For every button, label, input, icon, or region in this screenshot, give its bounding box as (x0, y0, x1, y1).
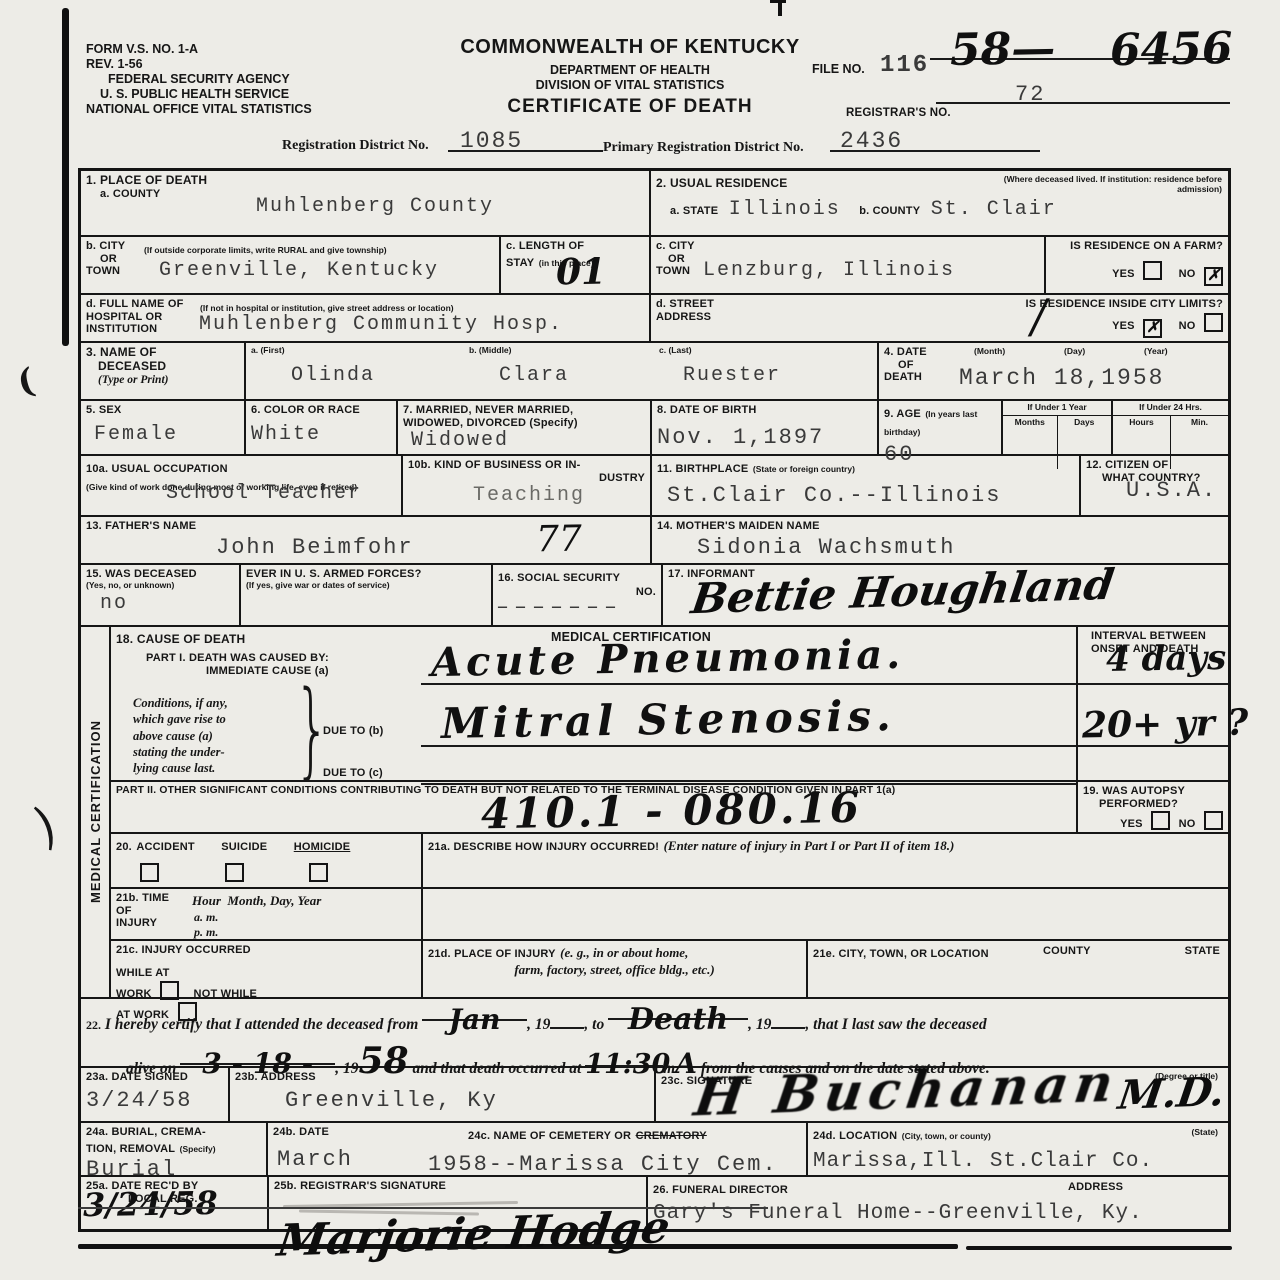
hospital-value: Muhlenberg Community Hosp. (199, 313, 563, 336)
middle-name-label: b. (Middle) (469, 346, 649, 356)
field-interval-onset-death: INTERVAL BETWEEN ONSET AND DEATH 4 days … (1078, 627, 1228, 780)
date-received-value: 3/24/58 (83, 1184, 218, 1224)
accident-label: ACCIDENT (136, 841, 194, 853)
field-usual-occupation: 10a. USUAL OCCUPATION (Give kind of work… (81, 456, 403, 515)
field-street-address: d. STREET ADDRESS IS RESIDENCE INSIDE CI… (651, 295, 1228, 341)
am-label: a. m. (194, 910, 416, 925)
not-while-at-work-label: NOT WHILE (194, 988, 258, 1000)
top-edge-mark2 (770, 0, 786, 3)
autopsy-no-checkbox (1204, 811, 1223, 830)
location-note-2: (State) (1192, 1128, 1218, 1138)
name-label-2: DECEASED (98, 360, 239, 374)
burial-note: (Specify) (180, 1144, 216, 1154)
dod-label-1: 4. DATE (884, 346, 927, 358)
agency-line-2: U. S. PUBLIC HEALTH SERVICE (100, 87, 312, 102)
residence-state-value: Illinois (729, 198, 841, 221)
field-under-24-hrs: If Under 24 Hrs. Hours Min. (1113, 401, 1228, 454)
farm-yes-checkbox (1143, 261, 1162, 280)
field-describe-injury: 21a. DESCRIBE HOW INJURY OCCURRED! (Ente… (423, 834, 1228, 887)
street-address-mark: ∕ (1031, 289, 1047, 343)
location-value: Marissa,Ill. St.Clair Co. (813, 1150, 1223, 1173)
limits-yes-checkbox: ✗ (1143, 319, 1162, 338)
armed-forces-note: (If yes, give war or dates of service) (246, 581, 486, 591)
dod-day-label: (Day) (1064, 347, 1085, 357)
ssn-value: — — — — — — — (498, 599, 656, 616)
farm-no-checkbox: ✗ (1204, 267, 1223, 286)
cemetery-value: 1958--Marissa City Cem. (428, 1152, 801, 1177)
mother-value: Sidonia Wachsmuth (697, 535, 1223, 560)
field-date-of-death: 4. DATE OF DEATH (Month) (Day) (Year) Ma… (879, 343, 1228, 399)
physician-address-value: Greenville, Ky (285, 1088, 649, 1113)
registration-district-label: Registration District No. (282, 138, 429, 154)
hour-label: Hour (192, 893, 221, 908)
funeral-director-label: 26. FUNERAL DIRECTOR (653, 1184, 788, 1196)
industry-label-1: 10b. KIND OF BUSINESS OR IN- (408, 459, 645, 472)
dod-label-3: DEATH (884, 371, 922, 383)
ssn-label-2: NO. (498, 586, 656, 599)
field-date-of-birth: 8. DATE OF BIRTH Nov. 1,1897 (652, 401, 879, 454)
injury-city-label: 21e. CITY, TOWN, OR LOCATION (813, 948, 989, 960)
county-value: Muhlenberg County (256, 195, 494, 218)
homicide-label: HOMICIDE (294, 841, 351, 853)
field-date-received: 25a. DATE REC'D BY LOCAL REG. 3/24/58 (81, 1177, 269, 1229)
field-injury-location: 21e. CITY, TOWN, OR LOCATION COUNTY STAT… (808, 941, 1228, 997)
autopsy-yes-label: YES (1120, 818, 1143, 830)
autopsy-label-1: 19. WAS AUTOPSY (1083, 785, 1223, 798)
mother-label: 14. MOTHER'S MAIDEN NAME (657, 520, 1223, 533)
residence-state-label: a. STATE (670, 205, 718, 217)
field-cemetery-location: 24d. LOCATION (City, town, or county) (S… (808, 1123, 1228, 1175)
cemetery-struck-word: CREMATORY (636, 1130, 707, 1142)
occupation-value: School Teacher (166, 482, 362, 505)
hospital-label: d. FULL NAME OF HOSPITAL OR INSTITUTION (86, 298, 196, 336)
field-business-industry: 10b. KIND OF BUSINESS OR IN- DUSTRY Teac… (403, 456, 652, 515)
homicide-checkbox (309, 863, 328, 882)
field-citizen-of: 12. CITIZEN OF WHAT COUNTRY? U.S.A. (1081, 456, 1228, 515)
marital-label-2: WIDOWED, DIVORCED (Specify) (403, 417, 645, 430)
field-cemetery-name: 24c. NAME OF CEMETERY OR CREMATORY 1958-… (463, 1123, 808, 1175)
farm-question: IS RESIDENCE ON A FARM? (1051, 240, 1223, 253)
physician-address-label: 23b. ADDRESS (235, 1071, 649, 1084)
time-injury-label-2: INJURY (116, 917, 157, 929)
form-id-block: FORM V.S. NO. 1-A REV. 1-56 FEDERAL SECU… (86, 42, 312, 117)
date-signed-value: 3/24/58 (86, 1088, 223, 1113)
suicide-checkbox (225, 863, 244, 882)
residence-county-label: b. COUNTY (859, 205, 920, 217)
cause-title: 18. CAUSE OF DEATH (116, 632, 245, 646)
dod-label-2: OF (898, 359, 914, 371)
citizen-value: U.S.A. (1126, 478, 1223, 503)
commonwealth-title: COMMONWEALTH OF KENTUCKY (430, 36, 830, 59)
statement-to: , to (584, 1016, 604, 1033)
place-of-injury-label: 21d. PLACE OF INJURY (428, 948, 556, 960)
funeral-director-value: Gary's Funeral Home--Greenville, Ky. (653, 1202, 1223, 1225)
due-to-c-label: DUE TO (c) (323, 767, 383, 780)
industry-label-2: DUSTRY (408, 472, 645, 485)
injury-county-label: COUNTY (1043, 945, 1091, 958)
division-title: DIVISION OF VITAL STATISTICS (430, 78, 830, 93)
birthplace-value: St.Clair Co.--Illinois (667, 483, 1074, 508)
last-name-value: Ruester (683, 364, 872, 387)
part2-code-value: 410.1 - 080.16 (481, 783, 863, 839)
field-funeral-director: 26. FUNERAL DIRECTOR ADDRESS Gary's Fune… (648, 1177, 1228, 1229)
field-city-of-death: b. CITY OR TOWN (If outside corporate li… (81, 237, 501, 293)
margin-paren-mark-1: ( (13, 361, 38, 404)
agency-line-3: NATIONAL OFFICE VITAL STATISTICS (86, 102, 312, 117)
printed-19-b: , 19 (748, 1016, 771, 1033)
field-part2-conditions: PART II. OTHER SIGNIFICANT CONDITIONS CO… (111, 782, 1078, 832)
field-sex: 5. SEX Female (81, 401, 246, 454)
field-under-1-year: If Under 1 Year Months Days (1003, 401, 1113, 454)
describe-injury-label: 21a. DESCRIBE HOW INJURY OCCURRED! (428, 841, 659, 853)
marital-label-1: 7. MARRIED, NEVER MARRIED, (403, 404, 645, 417)
farm-no-label: NO (1179, 268, 1196, 280)
field-registrar-signature: 25b. REGISTRAR'S SIGNATURE Marjorie Hodg… (269, 1177, 648, 1229)
accident-checkbox (140, 863, 159, 882)
file-no-handwritten-number: 6456 (1110, 23, 1233, 76)
race-label: 6. COLOR OR RACE (251, 404, 391, 417)
burial-label-2: TION, REMOVAL (86, 1143, 175, 1155)
dept-title: DEPARTMENT OF HEALTH (430, 63, 830, 78)
certificate-title: CERTIFICATE OF DEATH (430, 96, 830, 118)
field-manner-of-death: 20. ACCIDENT SUICIDE HOMICIDE (111, 834, 423, 887)
field-place-of-injury: 21d. PLACE OF INJURY (e. g., in or about… (423, 941, 808, 997)
sex-label: 5. SEX (86, 404, 239, 417)
race-value: White (251, 423, 391, 446)
funeral-director-address-label: ADDRESS (1068, 1181, 1123, 1194)
attended-from-value: Jan (449, 1003, 501, 1036)
form-revision: REV. 1-56 (86, 57, 312, 72)
agency-line-1: FEDERAL SECURITY AGENCY (108, 72, 312, 87)
title-block: COMMONWEALTH OF KENTUCKY DEPARTMENT OF H… (430, 36, 830, 118)
field-armed-forces: EVER IN U. S. ARMED FORCES? (If yes, giv… (241, 565, 493, 625)
field-residence-city: c. CITY OR TOWN Lenzburg, Illinois (651, 237, 1046, 293)
mdy-label: Month, Day, Year (227, 893, 321, 908)
residence-city-label: c. CITY OR TOWN (656, 240, 704, 278)
occupation-label: 10a. USUAL OCCUPATION (86, 463, 228, 475)
date-signed-label: 23a. DATE SIGNED (86, 1071, 223, 1084)
field-hospital-name: d. FULL NAME OF HOSPITAL OR INSTITUTION … (81, 295, 651, 341)
file-no-label: FILE NO. (812, 62, 865, 77)
field-burial-type: 24a. BURIAL, CREMA- TION, REMOVAL (Speci… (81, 1123, 268, 1175)
autopsy-yes-checkbox (1151, 811, 1170, 830)
was-deceased-note: (Yes, no, or unknown) (86, 581, 234, 591)
location-label: 24d. LOCATION (813, 1130, 897, 1142)
field-autopsy: 19. WAS AUTOPSY PERFORMED? YES NO (1078, 782, 1228, 832)
ssn-label-1: 16. SOCIAL SECURITY (498, 572, 620, 584)
city-of-death-value: Greenville, Kentucky (159, 259, 439, 282)
age-label: 9. AGE (884, 408, 921, 420)
city-note: (If outside corporate limits, write RURA… (144, 246, 474, 256)
attended-to-value: Death (628, 1002, 728, 1037)
location-note-1: (City, town, or county) (902, 1131, 991, 1141)
registrar-signature-label: 25b. REGISTRAR'S SIGNATURE (274, 1180, 641, 1193)
field-residence-on-farm: IS RESIDENCE ON A FARM? YES NO ✗ (1046, 237, 1228, 293)
field-physician-signature: 23c. SIGNATURE (Degree or title) H Bucha… (656, 1068, 1228, 1121)
field-birthplace: 11. BIRTHPLACE (State or foreign country… (652, 456, 1081, 515)
date-of-death-value: March 18,1958 (959, 365, 1164, 391)
usual-residence-title: 2. USUAL RESIDENCE (656, 176, 787, 190)
field-time-of-injury-entry (423, 889, 1228, 939)
field-cause-of-death: 18. CAUSE OF DEATH MEDICAL CERTIFICATION… (111, 627, 1078, 780)
farm-yes-label: YES (1112, 268, 1135, 280)
street-address-label: d. STREET ADDRESS (656, 298, 714, 323)
registrar-no-value: 72 (1015, 82, 1045, 107)
dod-month-label: (Month) (974, 347, 1005, 357)
first-name-value: Olinda (291, 364, 459, 387)
while-at-work-checkbox (160, 981, 179, 1000)
due-to-b-label: DUE TO (b) (323, 725, 383, 738)
manner-num: 20. (116, 841, 132, 853)
autopsy-no-label: NO (1179, 818, 1196, 830)
field-informant: 17. INFORMANT Bettie Houghland (663, 565, 1228, 625)
dod-year-label: (Year) (1144, 347, 1168, 357)
field-middle-name: b. (Middle) Clara (464, 343, 654, 399)
under-1-year-header: If Under 1 Year (1003, 401, 1111, 416)
file-no-typed: 116 (880, 52, 929, 79)
birthplace-note: (State or foreign country) (753, 464, 855, 474)
time-injury-label-1: 21b. TIME OF (116, 892, 169, 917)
field-age: 9. AGE (In years last birthday) 60 (879, 401, 1003, 454)
field-physician-address: 23b. ADDRESS Greenville, Ky (230, 1068, 656, 1121)
field-mothers-maiden-name: 14. MOTHER'S MAIDEN NAME Sidonia Wachsmu… (652, 517, 1228, 563)
industry-value: Teaching (473, 484, 585, 507)
limits-no-checkbox (1204, 313, 1223, 332)
was-deceased-value: no (100, 592, 234, 615)
field-usual-residence: 2. USUAL RESIDENCE (Where deceased lived… (651, 171, 1228, 235)
field-ssn: 16. SOCIAL SECURITY NO. — — — — — — — (493, 565, 663, 625)
cemetery-label: 24c. NAME OF CEMETERY OR (468, 1130, 631, 1142)
death-certificate-scan: { "header": { "form_no": "FORM V.S. NO. … (0, 0, 1280, 1280)
field-date-signed: 23a. DATE SIGNED 3/24/58 (81, 1068, 230, 1121)
city-or-town-label: b. CITY OR TOWN (86, 240, 138, 278)
suicide-label: SUICIDE (221, 841, 267, 853)
sex-value: Female (94, 423, 239, 446)
interval-a-value: 4 days (1106, 638, 1227, 680)
injury-occurred-label: 21c. INJURY OCCURRED (116, 944, 416, 957)
place-of-injury-note2: farm, factory, street, office bldg., etc… (428, 962, 801, 978)
last-name-label: c. (Last) (659, 346, 872, 356)
due-to-b-value: Mitral Stenosis. (441, 691, 896, 748)
burial-label-1: 24a. BURIAL, CREMA- (86, 1126, 261, 1139)
immediate-cause-value: Acute Pneumonia. (431, 631, 905, 686)
under-24-hrs-header: If Under 24 Hrs. (1113, 401, 1228, 416)
primary-district-label: Primary Registration District No. (603, 140, 804, 156)
place-of-injury-note1: (e. g., in or about home, (560, 945, 688, 960)
autopsy-label-2: PERFORMED? (1099, 798, 1223, 811)
residence-city-value: Lenzburg, Illinois (703, 259, 955, 282)
burial-date-label: 24b. DATE (273, 1126, 458, 1139)
margin-paren-mark-2: ⌒ (0, 800, 70, 866)
field-fathers-name: 13. FATHER'S NAME John Beimfohr 77 (81, 517, 652, 563)
father-handwritten-mark: 77 (536, 519, 583, 561)
pm-label: p. m. (194, 925, 416, 940)
middle-name-value: Clara (499, 364, 649, 387)
marital-value: Widowed (411, 429, 645, 452)
limits-no-label: NO (1179, 320, 1196, 332)
statement-text-2: , that I last saw the deceased (805, 1016, 986, 1033)
file-no-handwritten-prefix: 58— (950, 23, 1056, 76)
was-deceased-label: 15. WAS DECEASED (86, 568, 234, 581)
citizen-label-1: 12. CITIZEN OF (1086, 459, 1223, 472)
binding-edge-artifact (62, 8, 69, 346)
while-at-work-label: WHILE AT (116, 967, 170, 979)
form-number: FORM V.S. NO. 1-A (86, 42, 312, 57)
physician-degree-script: M.D. (1115, 1068, 1228, 1119)
statement-number: 22. (86, 1018, 101, 1032)
medical-certification-vertical-text: MEDICAL CERTIFICATION (88, 720, 103, 903)
medical-certification-side-label: MEDICAL CERTIFICATION (81, 627, 111, 997)
usual-residence-note: (Where deceased lived. If institution: r… (1002, 175, 1222, 195)
printed-19-a: , 19 (527, 1016, 550, 1033)
registrar-no-label: REGISTRAR'S NO. (846, 107, 951, 120)
describe-injury-note: (Enter nature of injury in Part I or Par… (664, 838, 955, 853)
city-limits-question: IS RESIDENCE INSIDE CITY LIMITS? (656, 298, 1223, 311)
field-last-name: c. (Last) Ruester (654, 343, 879, 399)
field-length-of-stay: c. LENGTH OF STAY (in this place) 01 (501, 237, 651, 293)
first-name-label: a. (First) (251, 346, 459, 356)
interval-b-value: 20+ yr ? (1082, 702, 1249, 747)
field-marital-status: 7. MARRIED, NEVER MARRIED, WIDOWED, DIVO… (398, 401, 652, 454)
field-name-of-deceased-label: 3. NAME OF DECEASED (Type or Print) (81, 343, 246, 399)
limits-yes-label: YES (1112, 320, 1135, 332)
field-injury-occurred: 21c. INJURY OCCURRED WHILE ATWORK NOT WH… (111, 941, 423, 997)
certificate-form: 1. PLACE OF DEATH a. COUNTY Muhlenberg C… (78, 168, 1231, 1232)
field-time-of-injury: 21b. TIME OFINJURY Hour Month, Day, Year… (111, 889, 423, 939)
residence-county-value: St. Clair (931, 198, 1057, 221)
length-of-stay-label2: STAY (506, 257, 534, 269)
field-first-name: a. (First) Olinda (246, 343, 464, 399)
place-of-death-title: 1. PLACE OF DEATH (86, 174, 644, 188)
dob-label: 8. DATE OF BIRTH (657, 404, 872, 417)
field-color-or-race: 6. COLOR OR RACE White (246, 401, 398, 454)
birthplace-label: 11. BIRTHPLACE (657, 463, 748, 475)
while-at-work-label2: WORK (116, 988, 152, 1000)
field-was-deceased: 15. WAS DECEASED (Yes, no, or unknown) n… (81, 565, 241, 625)
bottom-scan-line-2 (966, 1246, 1232, 1250)
armed-forces-label: EVER IN U. S. ARMED FORCES? (246, 568, 486, 581)
name-label-3: (Type or Print) (98, 374, 239, 386)
injury-state-label: STATE (1185, 945, 1220, 958)
conditions-note: Conditions, if any,which gave rise to ab… (133, 695, 293, 776)
field-place-of-death-county: 1. PLACE OF DEATH a. COUNTY Muhlenberg C… (81, 171, 651, 235)
length-of-stay-value: 01 (556, 251, 607, 294)
dob-value: Nov. 1,1897 (657, 425, 872, 450)
name-label-1: 3. NAME OF (86, 346, 239, 360)
statement-text-1: I hereby certify that I attended the dec… (105, 1016, 418, 1033)
